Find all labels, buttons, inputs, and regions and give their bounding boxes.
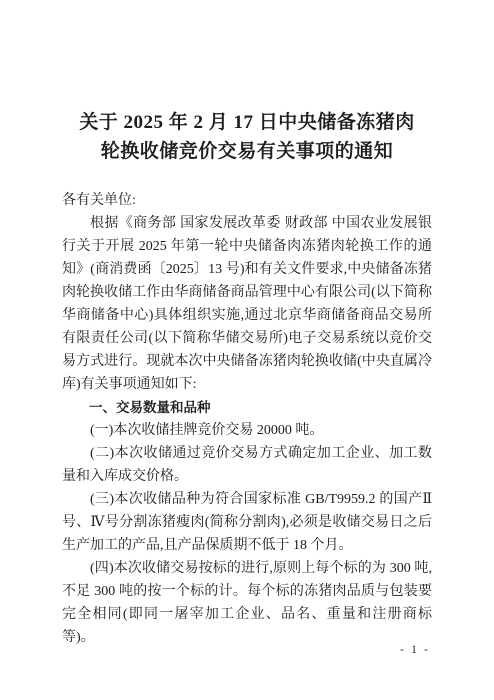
notice-item-1: (一)本次收储挂牌竞价交易 20000 吨。 bbox=[62, 419, 432, 442]
document-content: 关于 2025 年 2 月 17 日中央储备冻猪肉 轮换收储竞价交易有关事项的通… bbox=[62, 108, 432, 649]
notice-item-4: (四)本次收储交易按标的进行,原则上每个标的为 300 吨,不足 300 吨的按… bbox=[62, 557, 432, 649]
document-title-line-1: 关于 2025 年 2 月 17 日中央储备冻猪肉 bbox=[62, 108, 432, 137]
intro-paragraph: 根据《商务部 国家发展改革委 财政部 中国农业发展银行关于开展 2025 年第一… bbox=[62, 212, 432, 396]
notice-item-2: (二)本次收储通过竞价交易方式确定加工企业、加工数量和入库成交价格。 bbox=[62, 442, 432, 488]
page-number: - 1 - bbox=[400, 642, 430, 657]
document-title-line-2: 轮换收储竞价交易有关事项的通知 bbox=[62, 137, 432, 166]
notice-item-3: (三)本次收储品种为符合国家标准 GB/T9959.2 的国产Ⅱ号、Ⅳ号分割冻猪… bbox=[62, 488, 432, 557]
section-heading: 一、交易数量和品种 bbox=[62, 396, 432, 419]
document-title: 关于 2025 年 2 月 17 日中央储备冻猪肉 轮换收储竞价交易有关事项的通… bbox=[62, 108, 432, 166]
salutation: 各有关单位: bbox=[62, 189, 432, 212]
document-page: 关于 2025 年 2 月 17 日中央储备冻猪肉 轮换收储竞价交易有关事项的通… bbox=[0, 0, 494, 700]
